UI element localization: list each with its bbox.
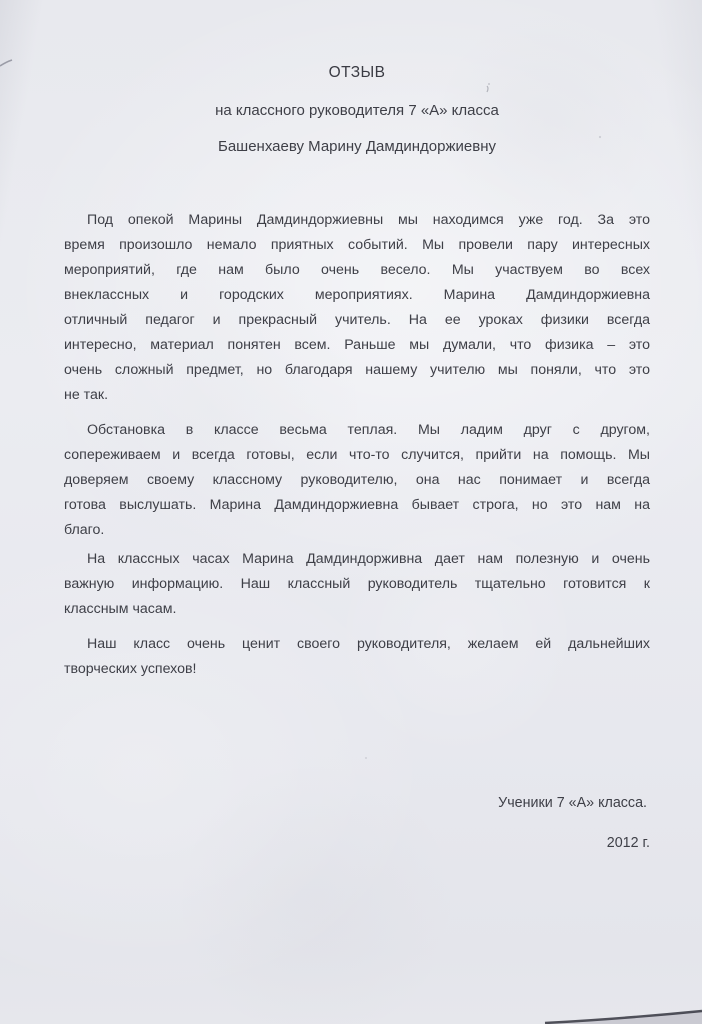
scanner-background-corner (545, 1011, 702, 1024)
paragraph-3: На классных часах Марина Дамдиндорживна … (64, 547, 650, 622)
letter-body: Под опекой Марины Дамдиндоржиевны мы нах… (64, 208, 650, 682)
scanned-page: ОТЗЫВ на классного руководителя 7 «А» кл… (0, 0, 702, 1024)
paragraph-3-line-1: На классных часах Марина Дамдиндорживна … (64, 547, 650, 572)
signature-block: Ученики 7 «А» класса. 2012 г. (64, 791, 650, 856)
speck-faint-2 (365, 757, 367, 759)
paragraph-1: Под опекой Марины Дамдиндоржиевны мы нах… (64, 208, 650, 408)
paragraph-1-line-5: отличный педагог и прекрасный учитель. Н… (64, 308, 650, 333)
paragraph-1-line-1: Под опекой Марины Дамдиндоржиевны мы нах… (64, 208, 650, 233)
paragraph-1-line-3: мероприятий, где нам было очень весело. … (64, 258, 650, 283)
paragraph-2-line-4: готова выслушать. Марина Дамдиндоржиевна… (64, 493, 650, 518)
paragraph-2-line-5: благо. (64, 518, 650, 543)
speck-top-right (487, 86, 488, 92)
speck-dot (488, 83, 490, 85)
paragraph-2-line-2: сопереживаем и всегда готовы, если что-т… (64, 443, 650, 468)
paragraph-1-line-7: очень сложный предмет, но благодаря наше… (64, 358, 650, 383)
paragraph-4-line-1: Наш класс очень ценит своего руководител… (64, 632, 650, 657)
paragraph-1-line-8: не так. (64, 383, 650, 408)
paper-edge-shadow (545, 1011, 702, 1023)
paragraph-3-line-2: важную информацию. Наш классный руководи… (64, 572, 650, 597)
paragraph-1-line-2: время произошло немало приятных событий.… (64, 233, 650, 258)
paragraph-1-line-4: внеклассных и городских мероприятиях. Ма… (64, 283, 650, 308)
paragraph-4: Наш класс очень ценит своего руководител… (64, 632, 650, 682)
paragraph-1-line-6: интересно, материал понятен всем. Раньше… (64, 333, 650, 358)
document-title: ОТЗЫВ (64, 63, 650, 83)
signature-author: Ученики 7 «А» класса. (64, 791, 650, 816)
paragraph-2-line-1: Обстановка в классе весьма теплая. Мы ла… (64, 418, 650, 443)
paragraph-2: Обстановка в классе весьма теплая. Мы ла… (64, 418, 650, 543)
signature-year: 2012 г. (64, 831, 650, 856)
paragraph-2-line-3: доверяем своему классному руководителю, … (64, 468, 650, 493)
left-edge-mark (0, 60, 12, 66)
document-addressee-name: Башенхаеву Марину Дамдиндоржиевну (64, 137, 650, 157)
document-addressee-role: на классного руководителя 7 «А» класса (64, 101, 650, 121)
paragraph-3-line-3: классным часам. (64, 597, 650, 622)
paragraph-4-line-2: творческих успехов! (64, 657, 650, 682)
